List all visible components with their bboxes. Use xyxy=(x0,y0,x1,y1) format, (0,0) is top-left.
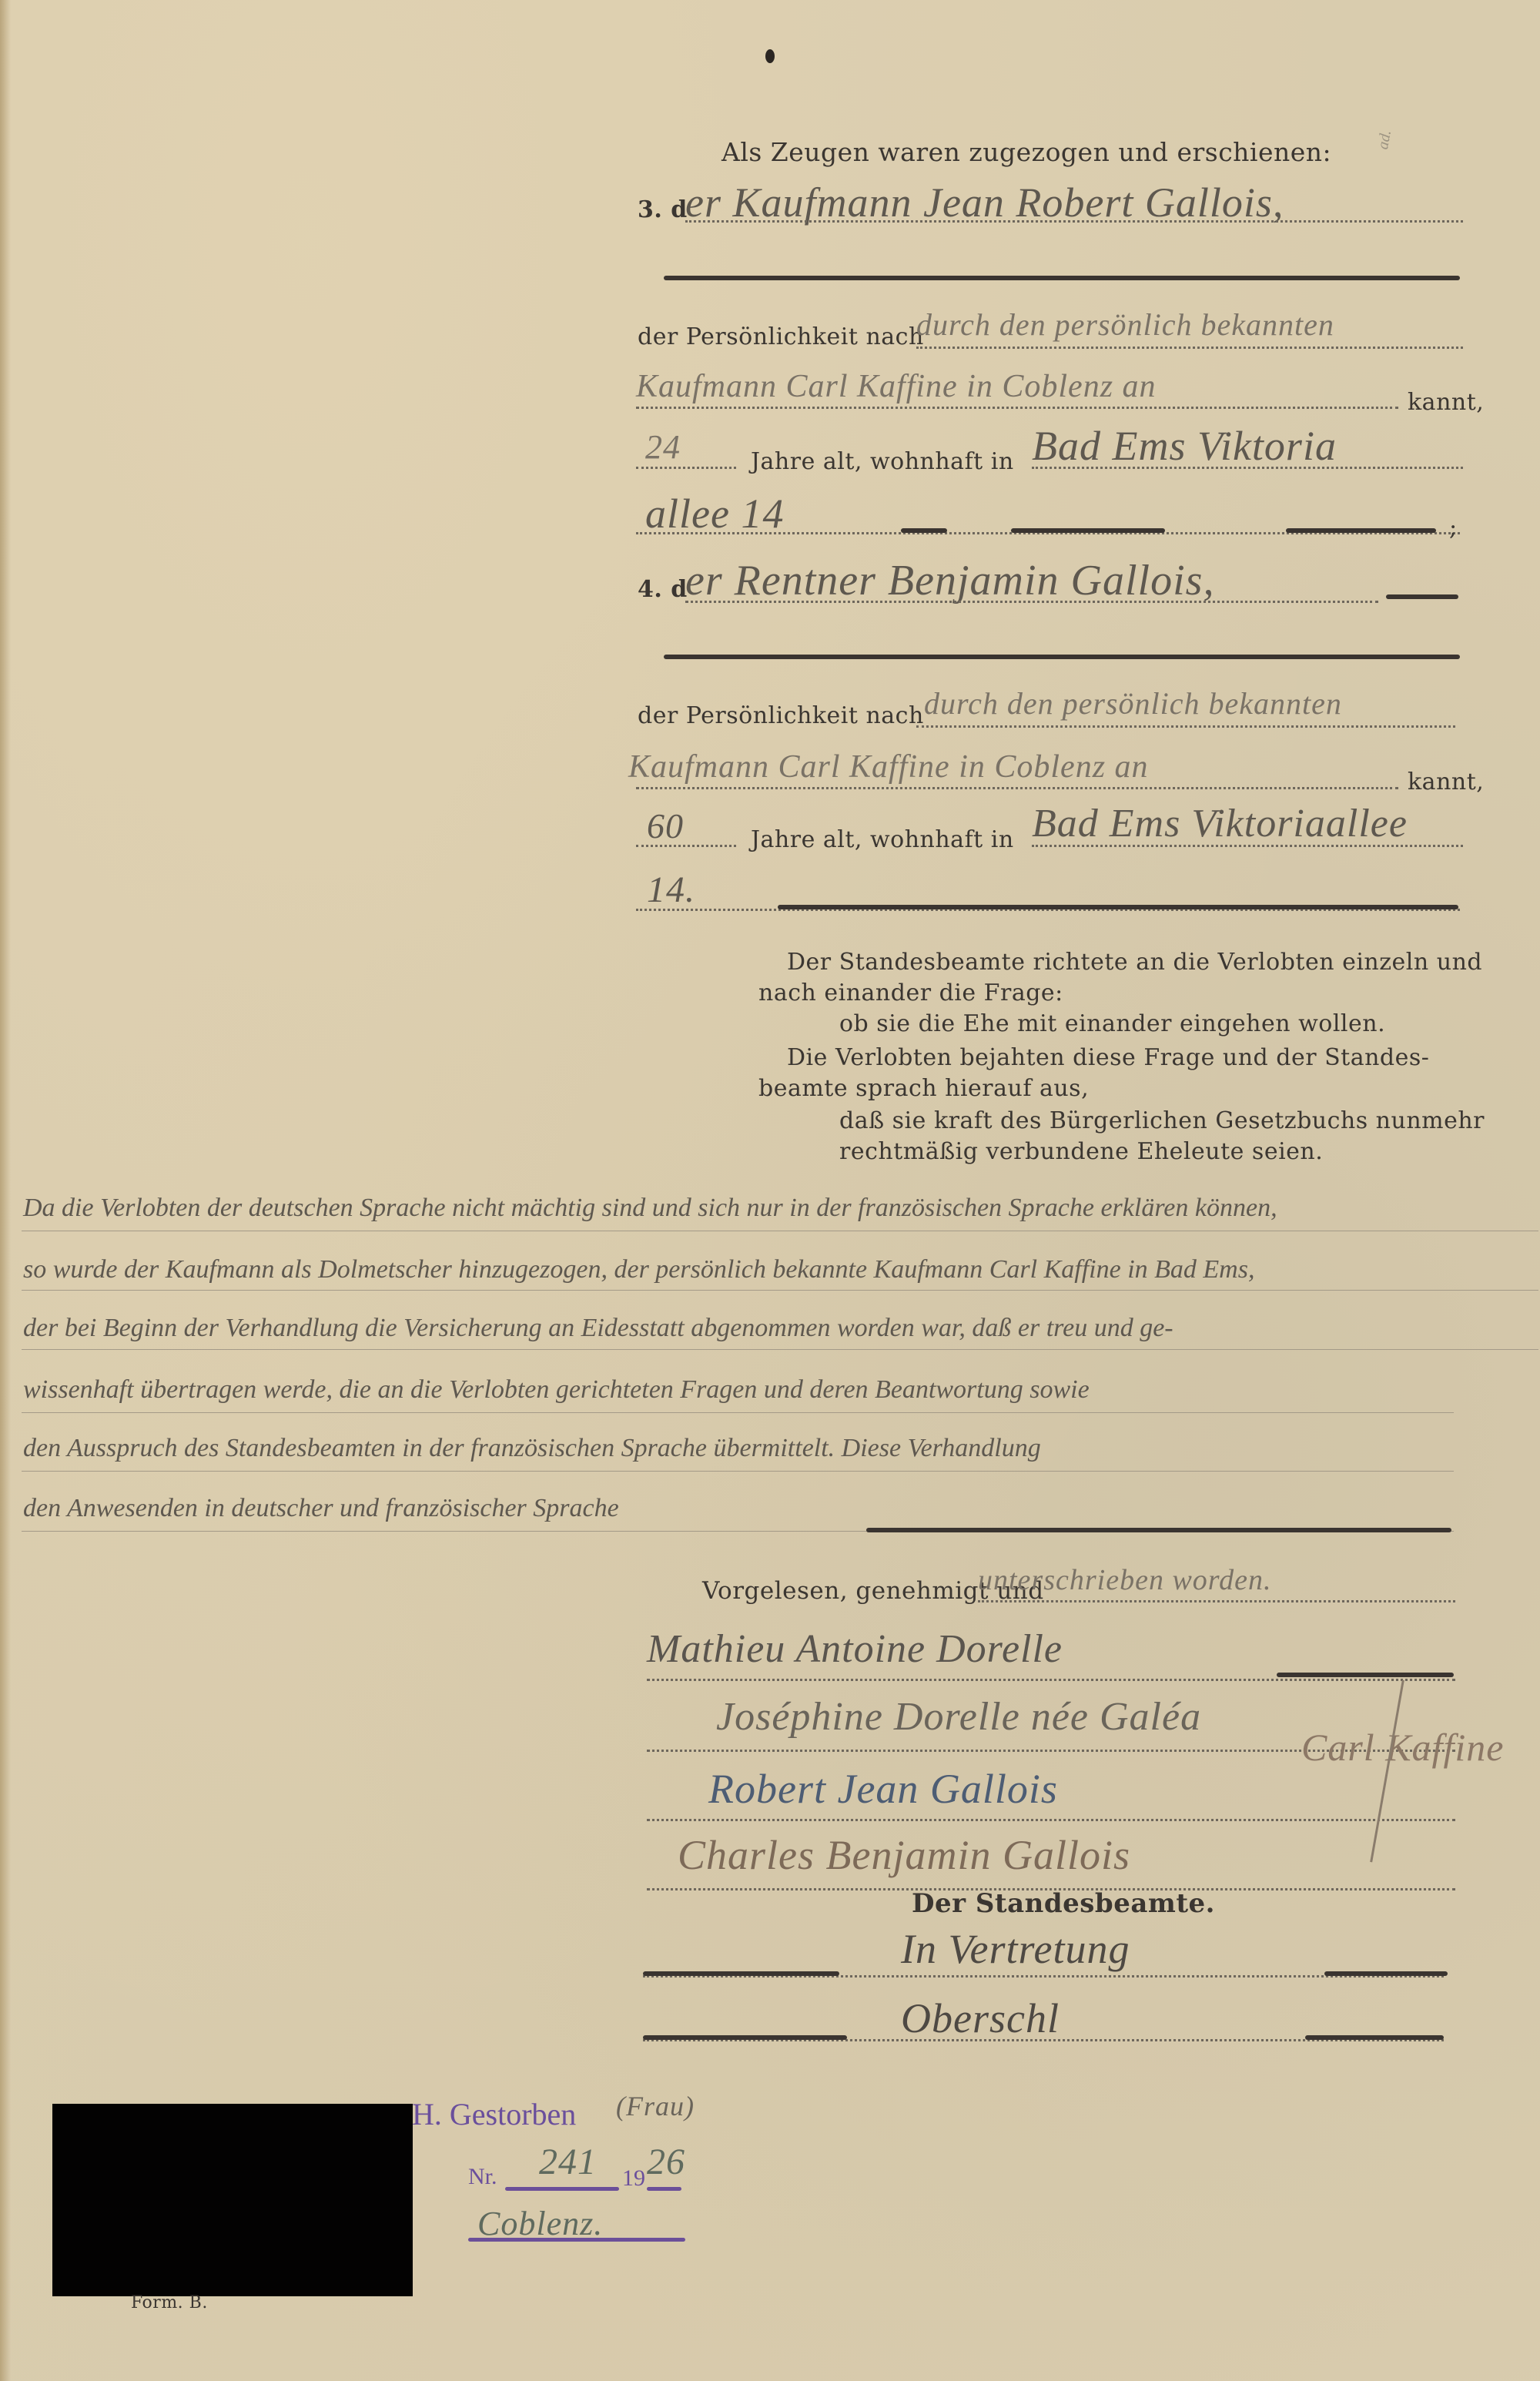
dotted-line xyxy=(636,467,736,469)
year-prefix: 19 xyxy=(622,2165,645,2192)
section-rule xyxy=(664,655,1460,659)
guide-line xyxy=(22,1412,1454,1413)
filler-dash xyxy=(1386,594,1458,599)
filler-dash xyxy=(1011,528,1165,533)
guide-line xyxy=(22,1231,1538,1231)
witness-4-identity-label: der Persönlichkeit nach xyxy=(638,702,924,729)
signature-interpreter: Carl Kaffine xyxy=(1301,1725,1504,1770)
witnesses-heading: Als Zeugen waren zugezogen und erschiene… xyxy=(721,137,1331,167)
witness-4-age-label: Jahre alt, wohnhaft in xyxy=(751,826,1014,853)
nr-value: 241 xyxy=(539,2141,597,2183)
filler-dash xyxy=(1324,1971,1448,1976)
witness-3-residence-2: allee 14 xyxy=(645,490,784,537)
witness-3-identity-1: durch den persönlich bekannten xyxy=(916,306,1334,343)
witness-3-name: er Kaufmann Jean Robert Gallois, xyxy=(685,179,1284,226)
witness-3-identity-2: Kaufmann Carl Kaffine in Coblenz an xyxy=(636,368,1157,405)
ceremony-line: ob sie die Ehe mit einander eingehen wol… xyxy=(839,1010,1385,1037)
witness-3-end-punct: ; xyxy=(1449,514,1458,541)
filler-dash xyxy=(901,528,947,533)
nr-underline xyxy=(505,2187,619,2191)
dotted-line xyxy=(636,787,1398,789)
filler-dash xyxy=(1286,528,1436,533)
dotted-line xyxy=(647,1819,1455,1821)
filler-rule xyxy=(778,905,1458,909)
witness-3-name-line xyxy=(685,220,1463,223)
filler-dash xyxy=(1305,2035,1444,2040)
witness-3-identity-label: der Persönlichkeit nach xyxy=(638,323,924,350)
dotted-line xyxy=(916,725,1455,728)
year-underline xyxy=(647,2187,681,2191)
closing-handwritten: unterschrieben worden. xyxy=(978,1563,1272,1597)
dotted-line xyxy=(647,1679,1455,1681)
dotted-line xyxy=(978,1600,1455,1602)
form-label: Form. B. xyxy=(131,2293,208,2312)
filler-dash xyxy=(643,1971,839,1976)
dotted-line xyxy=(636,845,736,847)
registrar-signature-line-1: In Vertretung xyxy=(901,1925,1130,1973)
witness-4-age: 60 xyxy=(647,805,684,846)
note-line: den Ausspruch des Standesbeamten in der … xyxy=(23,1434,1041,1463)
filler-rule xyxy=(866,1528,1451,1532)
witness-4-identity-1: durch den persönlich bekannten xyxy=(924,685,1342,722)
signature-witness-4: Charles Benjamin Gallois xyxy=(678,1831,1130,1879)
guide-line xyxy=(22,1349,1538,1350)
redacted-region xyxy=(52,2104,413,2296)
signature-groom: Mathieu Antoine Dorelle xyxy=(647,1626,1063,1672)
guide-line xyxy=(22,1290,1538,1291)
witness-4-identity-2: Kaufmann Carl Kaffine in Coblenz an xyxy=(628,748,1149,785)
witness-4-residence-2: 14. xyxy=(647,869,695,911)
section-rule xyxy=(664,276,1460,280)
ceremony-line: Der Standesbeamte richtete an die Verlob… xyxy=(787,949,1482,976)
witness-4-number: 4. d xyxy=(638,576,688,603)
note-line: der bei Beginn der Verhandlung die Versi… xyxy=(23,1314,1173,1343)
dotted-line xyxy=(916,347,1463,349)
registrar-label: Der Standesbeamte. xyxy=(912,1888,1215,1919)
note-line: wissenhaft übertragen werde, die an die … xyxy=(23,1375,1090,1405)
ceremony-line: daß sie kraft des Bürgerlichen Gesetzbuc… xyxy=(839,1107,1485,1134)
year-value: 26 xyxy=(647,2141,685,2183)
witness-3-residence-1: Bad Ems Viktoria xyxy=(1032,422,1337,470)
ceremony-line: nach einander die Frage: xyxy=(758,980,1063,1006)
witness-4-known-label: kannt, xyxy=(1408,769,1484,795)
witness-3-number: 3. d xyxy=(638,196,688,223)
dotted-line xyxy=(636,407,1398,409)
ceremony-line: beamte sprach hierauf aus, xyxy=(758,1075,1089,1102)
registrar-signature-line-2: Oberschl xyxy=(901,1994,1060,2042)
witness-3-known-label: kannt, xyxy=(1408,389,1484,416)
dotted-line xyxy=(1032,845,1463,847)
ceremony-line: Die Verlobten bejahten diese Frage und d… xyxy=(787,1044,1429,1071)
filler-dash xyxy=(1277,1673,1454,1677)
ceremony-line: rechtmäßig verbundene Eheleute seien. xyxy=(839,1138,1323,1165)
note-line: so wurde der Kaufmann als Dolmetscher hi… xyxy=(23,1255,1254,1284)
witness-4-residence-1: Bad Ems Viktoriaallee xyxy=(1032,801,1408,846)
witness-3-age: 24 xyxy=(645,427,681,467)
guide-line xyxy=(22,1471,1454,1472)
nr-label: Nr. xyxy=(468,2164,497,2190)
dotted-line xyxy=(685,601,1378,603)
filler-dash xyxy=(643,2035,847,2040)
note-line: Da die Verlobten der deutschen Sprache n… xyxy=(23,1194,1277,1223)
signature-witness-3: Robert Jean Gallois xyxy=(708,1765,1058,1813)
dotted-line xyxy=(1032,467,1463,469)
ink-blot xyxy=(765,49,775,63)
stamp-note: (Frau) xyxy=(616,2090,695,2122)
witness-4-name: er Rentner Benjamin Gallois, xyxy=(685,556,1214,605)
page-edge-shadow xyxy=(0,0,11,2381)
signature-bride: Joséphine Dorelle née Galéa xyxy=(716,1694,1201,1740)
signature-flourish xyxy=(1370,1680,1404,1863)
witness-3-age-label: Jahre alt, wohnhaft in xyxy=(751,448,1014,475)
place-underline xyxy=(468,2238,685,2242)
note-line: den Anwesenden in deutscher und französi… xyxy=(23,1494,619,1523)
stamp-label: H. Gestorben xyxy=(412,2096,576,2132)
pencil-margin-note: ad. xyxy=(1374,129,1395,151)
